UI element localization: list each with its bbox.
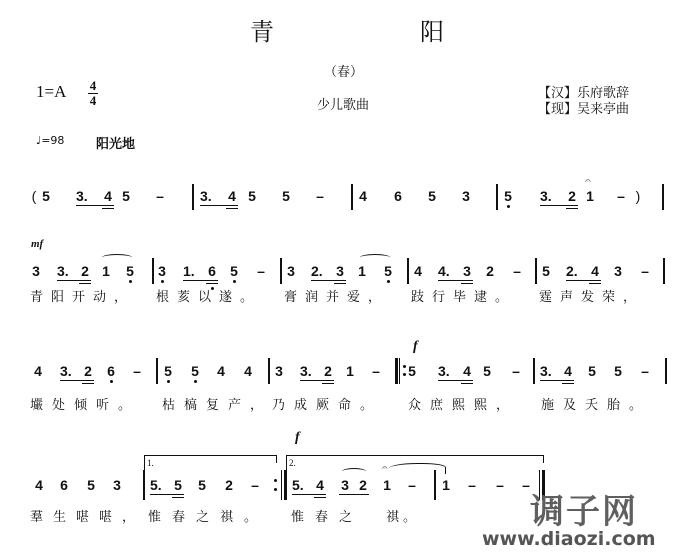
note: 4 <box>461 363 473 379</box>
note: – <box>406 477 418 493</box>
low-octave-dot <box>233 280 236 283</box>
underline-double <box>334 283 346 284</box>
note: 5 <box>586 363 598 379</box>
repeat-start-thin <box>399 358 400 384</box>
note: 2 <box>357 477 369 493</box>
underline-double <box>562 383 574 384</box>
underline <box>57 280 91 281</box>
underline <box>200 205 238 206</box>
underline-double <box>172 497 184 498</box>
note: 3 <box>111 477 123 493</box>
note: – <box>255 263 267 279</box>
underline-double <box>322 383 334 384</box>
barline <box>407 258 409 284</box>
repeat-start-thick <box>395 358 398 384</box>
lyric-phrase: 众庶熙熙， <box>408 398 518 414</box>
note: 6 <box>392 188 404 204</box>
lyric-phrase: 跂行毕逮。 <box>411 290 516 306</box>
underline <box>566 280 601 281</box>
composer-credit: 【现】吴来亭曲 <box>538 102 629 118</box>
note: 3 <box>285 263 297 279</box>
note: – <box>466 477 478 493</box>
note: 3. <box>540 363 562 379</box>
low-octave-dot <box>194 380 197 383</box>
note: 3 <box>273 363 285 379</box>
underline <box>60 380 94 381</box>
note: 3. <box>540 188 564 204</box>
volta-bracket-2-end <box>543 455 544 463</box>
note: 4 <box>102 188 114 204</box>
barline <box>351 184 353 210</box>
song-title-char-2: 阳 <box>420 12 444 47</box>
note: 4 <box>215 363 227 379</box>
tie <box>102 254 132 261</box>
underline <box>311 280 346 281</box>
underline-double <box>82 383 94 384</box>
lyric-phrase: 施及夭胎。 <box>541 398 651 414</box>
note: 5 <box>85 477 97 493</box>
key-signature: 1=A <box>36 82 66 102</box>
underline <box>438 380 473 381</box>
lyric-phrase: 膏润并爱， <box>284 290 389 306</box>
note: 5 <box>124 263 136 279</box>
barline <box>143 470 145 500</box>
note: 5 <box>540 263 552 279</box>
underline-double <box>314 497 326 498</box>
barline <box>535 258 537 284</box>
note: 3. <box>300 363 322 379</box>
volta-bracket-1 <box>144 455 277 470</box>
underline <box>540 380 574 381</box>
note: 5 <box>162 363 174 379</box>
note: 5 <box>426 188 438 204</box>
subtitle: （春） <box>324 61 363 80</box>
repeat-dot <box>274 479 277 482</box>
underline <box>300 380 334 381</box>
genre-label: 少儿歌曲 <box>317 94 369 113</box>
lyric-phrase: 惟春之 <box>291 510 363 526</box>
note: 4 <box>32 363 44 379</box>
low-octave-dot <box>129 280 132 283</box>
repeat-end-thick <box>284 470 287 500</box>
note: 5 <box>246 188 258 204</box>
volta-number-2: 2. <box>289 458 296 468</box>
barline <box>152 258 154 284</box>
underline-double <box>226 208 238 209</box>
barline <box>156 358 158 384</box>
barline <box>665 358 667 384</box>
tie <box>360 254 390 261</box>
note: 2 <box>82 363 94 379</box>
barline <box>533 358 535 384</box>
note: – <box>511 263 523 279</box>
note: 1 <box>440 477 452 493</box>
lyric-phrase: 霆声发荣， <box>539 290 644 306</box>
underline <box>540 205 578 206</box>
underline-double <box>102 208 114 209</box>
note: – <box>131 363 143 379</box>
note: 3. <box>200 188 224 204</box>
tie <box>389 463 446 474</box>
note: 5. <box>150 477 172 493</box>
note: 3. <box>60 363 82 379</box>
underline <box>150 494 184 495</box>
note: 4 <box>412 263 424 279</box>
underline <box>438 280 473 281</box>
note: – <box>154 188 166 204</box>
note: 3 <box>460 188 472 204</box>
volta-number-1: 1. <box>147 458 154 468</box>
underline-double <box>79 283 91 284</box>
note: 2. <box>566 263 588 279</box>
dynamic-f: f <box>413 339 418 355</box>
note: 2 <box>566 188 578 204</box>
note: 2 <box>322 363 334 379</box>
note: 4 <box>589 263 601 279</box>
note: 4 <box>33 477 45 493</box>
note: 2 <box>223 477 235 493</box>
repeat-end-thin <box>281 470 282 500</box>
volta-bracket-1-end <box>276 455 277 463</box>
note: 5 <box>189 363 201 379</box>
barline <box>663 258 665 284</box>
note: 2 <box>79 263 91 279</box>
note: 5. <box>292 477 314 493</box>
note: 3 <box>334 263 346 279</box>
underline-double <box>461 283 473 284</box>
note: 5 <box>172 477 184 493</box>
low-octave-dot <box>167 380 170 383</box>
song-title-char-1: 青 <box>250 12 274 47</box>
low-octave-dot <box>110 380 113 383</box>
note: 4 <box>226 188 238 204</box>
lyric-phrase: 青阳开动， <box>30 290 135 306</box>
underline <box>183 280 218 281</box>
lyricist-credit: 【汉】乐府歌辞 <box>538 86 629 102</box>
note: 3 <box>30 263 42 279</box>
note: – <box>370 363 382 379</box>
note: 3. <box>76 188 100 204</box>
slur <box>342 468 366 475</box>
note: 5 <box>406 363 418 379</box>
lyric-phrase: 枯槁复产，乃成厥命。 <box>162 398 382 414</box>
note: 1 <box>100 263 112 279</box>
fermata-icon: 𝄐 <box>585 176 591 187</box>
paren-close: ) <box>632 188 644 204</box>
note: – <box>639 263 651 279</box>
note: 3 <box>461 263 473 279</box>
note: 4. <box>438 263 460 279</box>
note: 5 <box>40 188 52 204</box>
note: 2 <box>484 263 496 279</box>
note: – <box>639 363 651 379</box>
lyric-phrase: 祺。 <box>386 510 420 526</box>
note: 6 <box>105 363 117 379</box>
note: 5 <box>382 263 394 279</box>
underline-double <box>461 383 473 384</box>
time-signature-bottom: 4 <box>88 95 98 107</box>
underline <box>76 205 114 206</box>
note: – <box>510 363 522 379</box>
low-octave-dot <box>161 280 164 283</box>
note: 1 <box>584 188 596 204</box>
barline <box>268 358 270 384</box>
low-octave-dot <box>387 280 390 283</box>
note: 4 <box>562 363 574 379</box>
underline <box>339 494 369 495</box>
note: – <box>494 477 506 493</box>
underline-double <box>206 283 218 284</box>
note: 3 <box>156 263 168 279</box>
note: 3. <box>438 363 460 379</box>
note: 6 <box>58 477 70 493</box>
note: – <box>249 477 261 493</box>
note: 5 <box>228 263 240 279</box>
note: 5 <box>120 188 132 204</box>
note: 5 <box>612 363 624 379</box>
expression-marking: 阳光地 <box>96 133 135 152</box>
tempo-marking: ♩=98 <box>36 134 64 147</box>
note: 5 <box>481 363 493 379</box>
note: 5 <box>280 188 292 204</box>
lyric-phrase: 根荄以遂。 <box>156 290 261 306</box>
note: 1 <box>381 477 393 493</box>
lyric-phrase: 惟春之祺。 <box>148 510 268 526</box>
note: 3 <box>612 263 624 279</box>
note: 1. <box>183 263 205 279</box>
note: 6 <box>206 263 218 279</box>
note: 4 <box>314 477 326 493</box>
dynamic-f: f <box>295 430 300 446</box>
underline-double <box>566 208 578 209</box>
note: 2. <box>311 263 333 279</box>
paren-open: ( <box>28 188 40 204</box>
underline-double <box>589 283 601 284</box>
note: 5 <box>196 477 208 493</box>
note: 3. <box>57 263 79 279</box>
fermata-icon: 𝄐 <box>382 463 388 474</box>
note: 3 <box>339 477 351 493</box>
barline <box>496 184 498 210</box>
lyric-phrase: 羣生啿啿， <box>30 510 145 526</box>
watermark-brand: 调子网 <box>530 484 638 533</box>
barline <box>192 184 194 210</box>
note: 5 <box>502 188 514 204</box>
time-signature-top: 4 <box>88 80 98 92</box>
underline <box>292 494 326 495</box>
note: – <box>615 188 627 204</box>
barline <box>280 258 282 284</box>
note: 4 <box>357 188 369 204</box>
time-signature: 4 4 <box>88 80 98 107</box>
note: 1 <box>356 263 368 279</box>
note: 4 <box>242 363 254 379</box>
note: – <box>314 188 326 204</box>
barline <box>662 184 664 210</box>
note: 1 <box>344 363 356 379</box>
lyric-phrase: 壧处倾听。 <box>30 398 140 414</box>
repeat-dot <box>274 488 277 491</box>
watermark-url: www.diaozi.com <box>482 528 656 550</box>
barline <box>434 470 436 500</box>
dynamic-mf: mf <box>31 238 43 250</box>
low-octave-dot <box>507 205 510 208</box>
